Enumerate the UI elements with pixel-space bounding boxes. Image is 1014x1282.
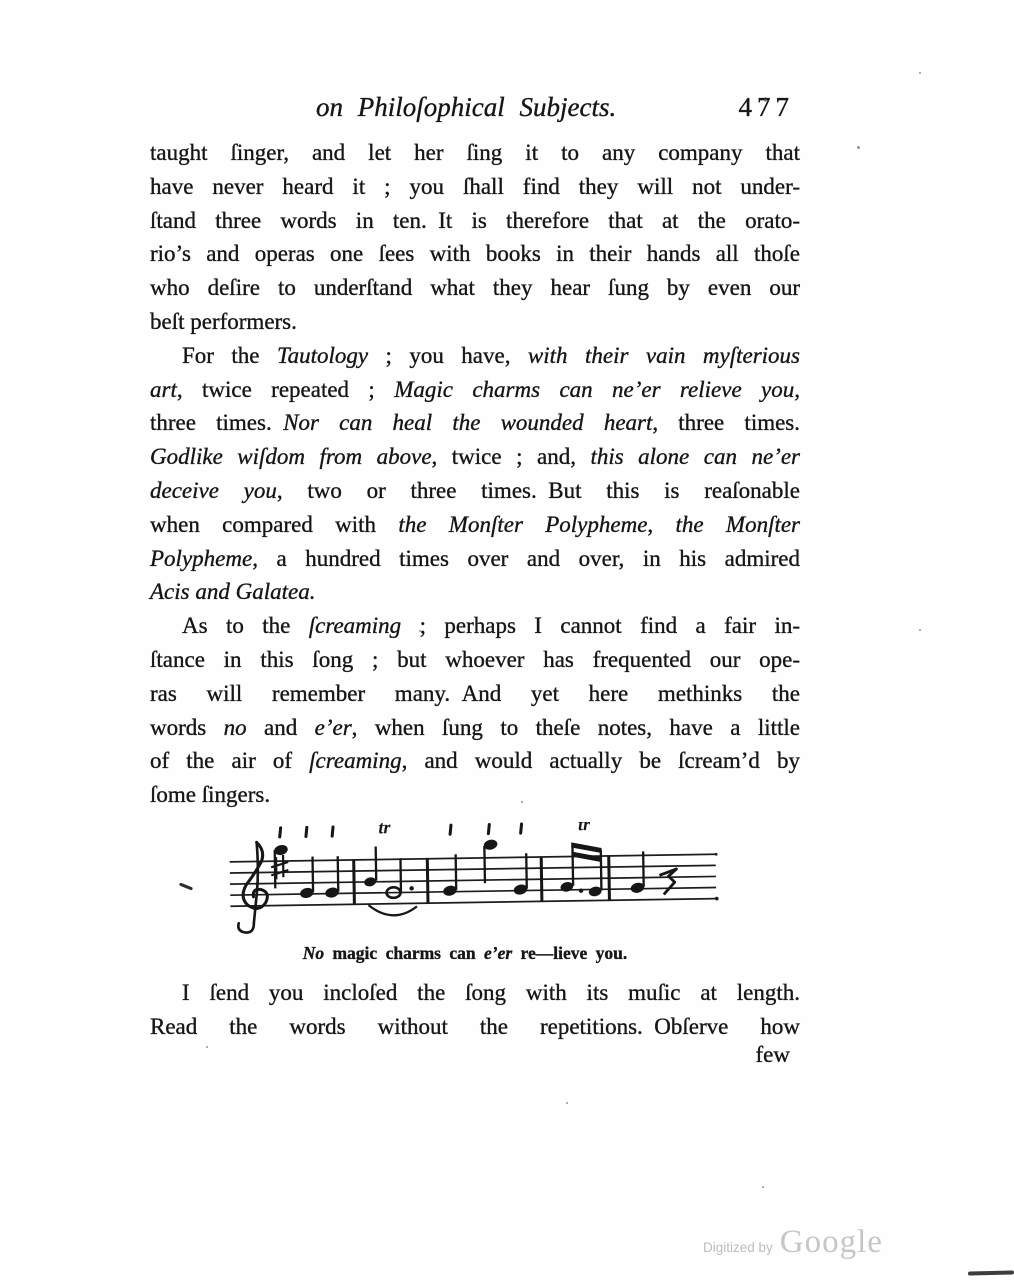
text: ſome ſingers. (150, 782, 270, 807)
text-line: beſt performers. (150, 305, 800, 339)
sharp-icon (271, 855, 289, 879)
text: ſtand three words in ten. It is therefor… (150, 208, 800, 233)
slur (369, 904, 418, 915)
text: Read the words without the repetitions. … (150, 1014, 800, 1039)
text-line: As to the ſcreaming ; perhaps I cannot f… (150, 609, 800, 643)
text: ; you have, (368, 343, 528, 368)
text-line: deceive you, two or three times. But thi… (150, 474, 800, 508)
text-line: have never heard it ; you ſhall find the… (150, 170, 800, 204)
text-line: I ſend you incloſed the ſong with its mu… (150, 976, 800, 1010)
text-line: ras will remember many. And yet here met… (150, 677, 800, 711)
italic-text: Godlike wiſdom from above (150, 444, 432, 469)
paragraph: As to the ſcreaming ; perhaps I cannot f… (150, 609, 800, 812)
running-title: on Philoſophical Subjects. (316, 92, 616, 123)
italic-text: Magic charms can ne’er relieve you, (394, 377, 800, 402)
catchword: few (150, 1038, 800, 1072)
text: , and would actually be ſcream’d by (402, 748, 800, 773)
text: , (647, 512, 675, 537)
italic-text: with their vain myſterious (528, 343, 800, 368)
text: , twice repeated ; (177, 377, 394, 402)
text-line: Polypheme, a hundred times over and over… (150, 542, 800, 576)
text: re—lieve you. (512, 943, 627, 963)
trill-mark: tr (378, 822, 391, 837)
italic-text: the Monſter (675, 512, 800, 537)
italic-text: art (150, 377, 177, 402)
text-line: ſome ſingers. (150, 778, 800, 812)
book-page: on Philoſophical Subjects. 477 taught ſi… (0, 0, 1014, 1282)
text-line: For the Tautology ; you have, with their… (150, 339, 800, 373)
text-line: rio’s and operas one ſees with books in … (150, 237, 800, 271)
text: when compared with (150, 512, 398, 537)
scan-speck (919, 72, 921, 74)
italic-text: deceive you (150, 478, 277, 503)
text-line: when compared with the Monſter Polypheme… (150, 508, 800, 542)
paragraph: taught ſinger, and let her ſing it to an… (150, 136, 800, 339)
text: beſt performers. (150, 309, 297, 334)
text-line: Godlike wiſdom from above, twice ; and, … (150, 440, 800, 474)
text: words (150, 715, 224, 740)
google-watermark: Digitized by Google (703, 1224, 883, 1261)
scan-mark (179, 882, 193, 890)
text: have never heard it ; you ſhall find the… (150, 174, 800, 199)
music-caption: No magic charms can e’er re—lieve you. (140, 943, 790, 964)
text: of the air of (150, 748, 309, 773)
italic-text: e’er (484, 943, 512, 963)
scan-speck (566, 1102, 568, 1104)
scan-speck (857, 146, 860, 149)
scan-speck (419, 630, 421, 632)
text: three times. (150, 410, 283, 435)
italic-text: Polypheme (150, 546, 252, 571)
quarter-rest-icon (659, 869, 677, 894)
text: magic charms can (324, 943, 484, 963)
paragraph: For the Tautology ; you have, with their… (150, 339, 800, 609)
italic-text: this alone can ne’er (590, 444, 800, 469)
italic-text: No (303, 943, 324, 963)
text-line: ſtance in this ſong ; but whoever has fr… (150, 643, 800, 677)
italic-text: Nor can heal the wounded heart (283, 410, 652, 435)
google-logo: Google (780, 1224, 883, 1261)
text: For the (182, 343, 277, 368)
dot (409, 886, 414, 891)
music-figure: tr tr (226, 822, 720, 948)
italic-text: no (224, 715, 247, 740)
watermark-text: Digitized by (703, 1240, 773, 1255)
italic-text: Tautology (277, 343, 368, 368)
text-line: taught ſinger, and let her ſing it to an… (150, 136, 800, 170)
scan-speck (521, 801, 523, 803)
scan-speck (206, 1046, 208, 1048)
text: rio’s and operas one ſees with books in … (150, 241, 800, 266)
text-line: art, twice repeated ; Magic charms can n… (150, 373, 800, 407)
scan-speck (919, 629, 921, 631)
text: ſtance in this ſong ; but whoever has fr… (150, 647, 800, 672)
text: , three times. (652, 410, 800, 435)
text-line: three times. Nor can heal the wounded he… (150, 406, 800, 440)
italic-text: e’er (315, 715, 352, 740)
italic-text: ſcreaming (309, 748, 401, 773)
italic-text: the Monſter Polypheme (398, 512, 647, 537)
beams (571, 842, 602, 863)
scan-edge-artifact (968, 1270, 1014, 1275)
paragraph: I ſend you incloſed the ſong with its mu… (150, 976, 800, 1044)
scan-speck (764, 97, 767, 102)
text: , twice ; and, (432, 444, 591, 469)
italic-text: Acis and Galatea. (150, 579, 315, 604)
trill-mark: tr (578, 822, 591, 834)
text: and (247, 715, 315, 740)
text-line: ſtand three words in ten. It is therefor… (150, 204, 800, 238)
text: I ſend you incloſed the ſong with its mu… (182, 980, 800, 1005)
text: , when ſung to theſe notes, have a littl… (352, 715, 800, 740)
text-line: who deſire to underſtand what they hear … (150, 271, 800, 305)
accent-marks (280, 824, 522, 837)
text: , two or three times. But this is reaſon… (277, 478, 800, 503)
italic-text: ſcreaming (309, 613, 401, 638)
text-line: words no and e’er, when ſung to theſe no… (150, 711, 800, 745)
text: ras will remember many. And yet here met… (150, 681, 800, 706)
text: taught ſinger, and let her ſing it to an… (150, 140, 800, 165)
staff-lines (230, 853, 719, 908)
page-header: on Philoſophical Subjects. 477 (150, 92, 800, 132)
music-notation: tr tr (226, 822, 720, 948)
text: who deſire to underſtand what they hear … (150, 275, 800, 300)
treble-clef-icon (237, 842, 268, 932)
body-text: taught ſinger, and let her ſing it to an… (150, 136, 800, 812)
text-line: Acis and Galatea. (150, 575, 800, 609)
text: , a hundred times over and over, in his … (252, 546, 800, 571)
scan-speck (762, 1186, 764, 1188)
text: ; perhaps I cannot find a fair in- (401, 613, 800, 638)
text: As to the (182, 613, 309, 638)
body-text-continued: I ſend you incloſed the ſong with its mu… (150, 976, 800, 1044)
text-line: of the air of ſcreaming, and would actua… (150, 744, 800, 778)
